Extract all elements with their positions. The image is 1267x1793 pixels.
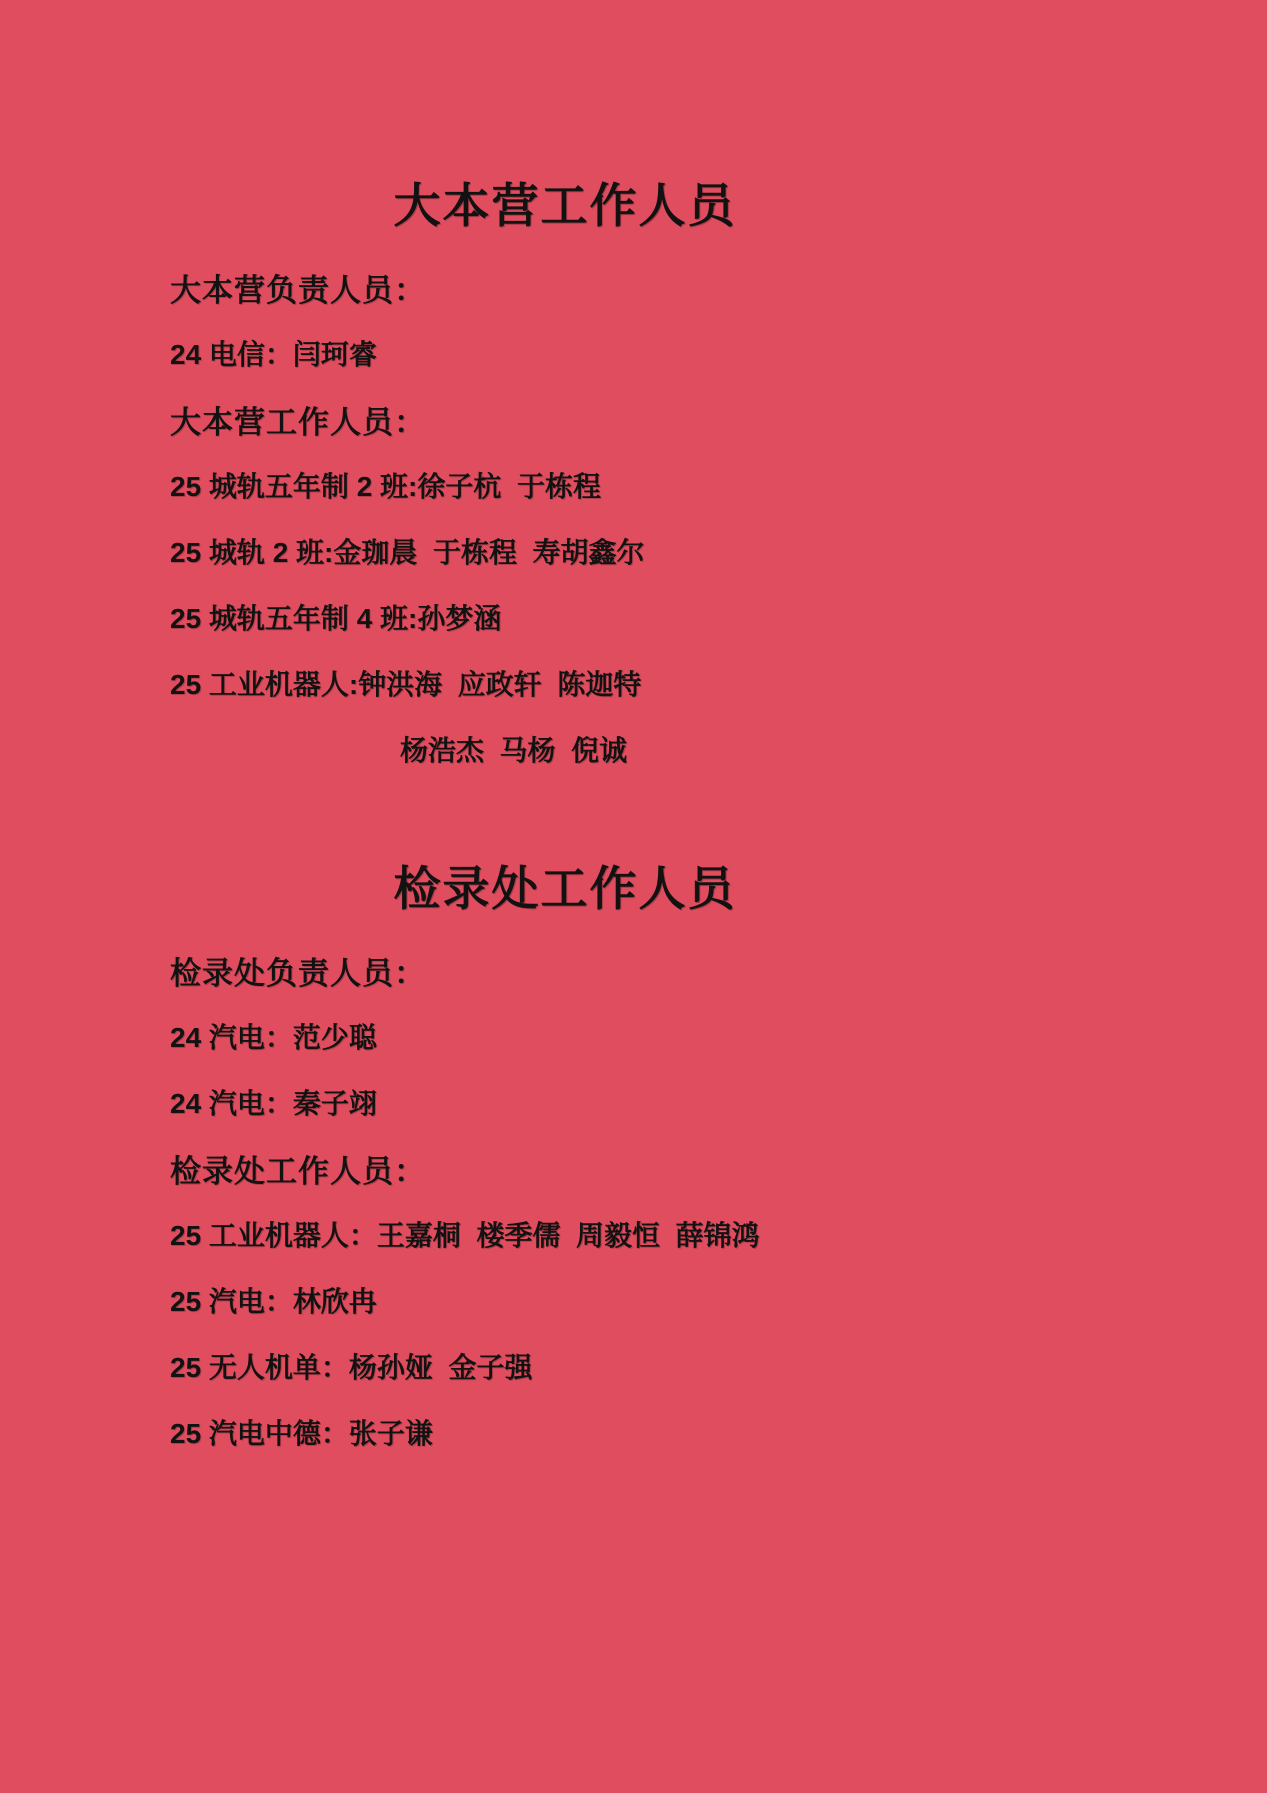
roster-line-continuation: 杨浩杰 马杨 倪诚 — [170, 716, 960, 782]
heading-basecamp-leads: 大本营负责人员： — [170, 254, 960, 320]
roster-line: 25 工业机器人:钟洪海 应政轩 陈迦特 — [170, 650, 960, 716]
roster-line: 25 汽电中德：张子谦 — [170, 1399, 960, 1465]
roster-line: 24 汽电：范少聪 — [170, 1003, 960, 1069]
heading-checkin-leads: 检录处负责人员： — [170, 937, 960, 1003]
roster-line: 24 汽电：秦子翊 — [170, 1069, 960, 1135]
roster-line: 25 城轨五年制 4 班:孙梦涵 — [170, 584, 960, 650]
roster-line: 25 工业机器人：王嘉桐 楼季儒 周毅恒 薛锦鸿 — [170, 1201, 960, 1267]
staff-roster-document: 大本营工作人员 大本营负责人员： 24 电信：闫珂睿 大本营工作人员： 25 城… — [0, 0, 1267, 1793]
document-content: 大本营工作人员 大本营负责人员： 24 电信：闫珂睿 大本营工作人员： 25 城… — [170, 0, 960, 1465]
section-title-basecamp: 大本营工作人员 — [170, 167, 960, 237]
roster-line: 25 汽电：林欣冉 — [170, 1267, 960, 1333]
roster-line: 25 城轨 2 班:金珈晨 于栋程 寿胡鑫尔 — [170, 518, 960, 584]
roster-line: 24 电信：闫珂睿 — [170, 320, 960, 386]
roster-line: 25 无人机单：杨孙娅 金子强 — [170, 1333, 960, 1399]
section-title-checkin: 检录处工作人员 — [170, 850, 960, 920]
heading-basecamp-staff: 大本营工作人员： — [170, 386, 960, 452]
heading-checkin-staff: 检录处工作人员： — [170, 1135, 960, 1201]
roster-line: 25 城轨五年制 2 班:徐子杭 于栋程 — [170, 452, 960, 518]
